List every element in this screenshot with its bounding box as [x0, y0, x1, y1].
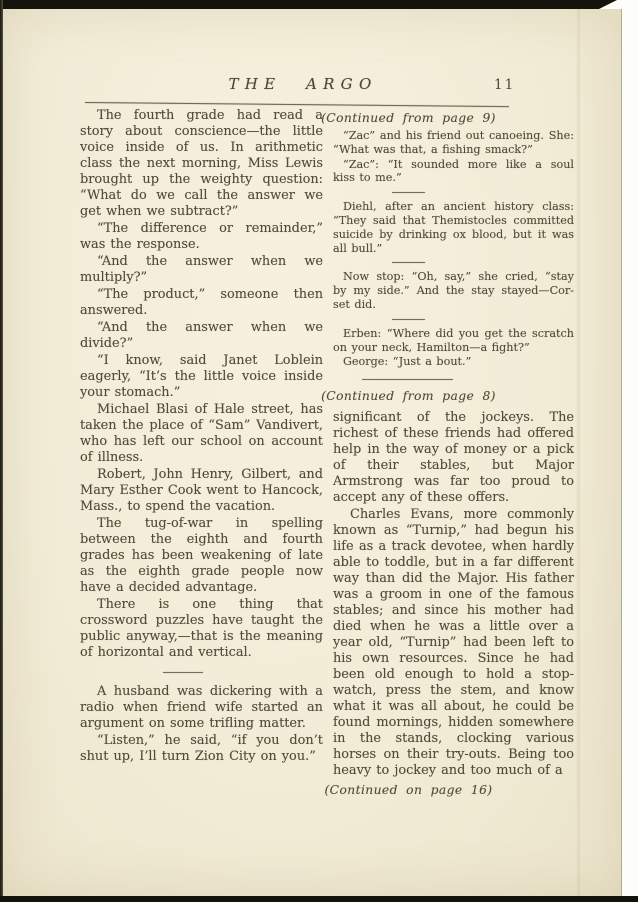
- left-column: The fourth grade had read a story about …: [80, 108, 323, 765]
- paragraph: “The product,” someone then answered.: [80, 287, 323, 319]
- joke-item: Erben: “Where did you get the scratch on…: [333, 327, 574, 355]
- header-rule: [85, 102, 509, 107]
- paragraph: Michael Blasi of Hale street, has taken …: [80, 402, 323, 466]
- scan-edge-bottom: [0, 896, 638, 902]
- scan-edge-top: [0, 0, 617, 9]
- scanned-magazine-page: THE ARGO 11 The fourth grade had read a …: [0, 0, 638, 902]
- joke-item: George: “Just a bout.”: [333, 355, 574, 369]
- joke-item: “Zac”: “It sounded more like a soul kiss…: [333, 158, 574, 186]
- joke-item: Now stop: “Oh, say,” she cried, “stay by…: [333, 270, 574, 311]
- paragraph: “The difference or remainder,” was the r…: [80, 221, 323, 253]
- joke-divider: [392, 192, 425, 193]
- paragraph: The fourth grade had read a story about …: [80, 108, 323, 220]
- magazine-page: THE ARGO 11 The fourth grade had read a …: [3, 9, 622, 896]
- paragraph: “And the answer when we multiply?”: [80, 254, 323, 286]
- paragraph: There is one thing that crossword puzzle…: [80, 597, 323, 661]
- right-column: (Continued from page 9) “Zac” and his fr…: [333, 110, 574, 797]
- paragraph: A husband was dickering with a radio whe…: [80, 684, 323, 732]
- paragraph: significant of the jockeys. The richest …: [333, 410, 574, 506]
- paragraph: The tug-of-war in spelling between the e…: [80, 516, 323, 596]
- joke-item: “Zac” and his friend out canoeing. She: …: [333, 129, 574, 157]
- paragraph: “And the answer when we divide?”: [80, 320, 323, 352]
- joke-divider: [392, 262, 425, 263]
- page-title: THE ARGO: [80, 75, 526, 93]
- section-divider: [163, 672, 203, 673]
- continued-on-page-16-footer: (Continued on page 16): [288, 783, 529, 797]
- paragraph: Charles Evans, more commonly known as “T…: [333, 507, 574, 779]
- paragraph: “Listen,” he said, “if you don’t shut up…: [80, 733, 323, 765]
- page-number: 11: [494, 77, 515, 93]
- joke-item: Diehl, after an ancient history class: “…: [333, 200, 574, 255]
- paragraph: “I know, said Janet Loblein eagerly, “It…: [80, 353, 323, 401]
- continued-from-page-9-heading: (Continued from page 9): [288, 111, 529, 125]
- paragraph: Robert, John Henry, Gilbert, and Mary Es…: [80, 467, 323, 515]
- continued-from-page-8-heading: (Continued from page 8): [288, 389, 529, 403]
- joke-divider: [392, 319, 425, 320]
- running-head: THE ARGO: [80, 75, 526, 97]
- section-divider: [362, 379, 453, 380]
- page-crease: [576, 9, 581, 896]
